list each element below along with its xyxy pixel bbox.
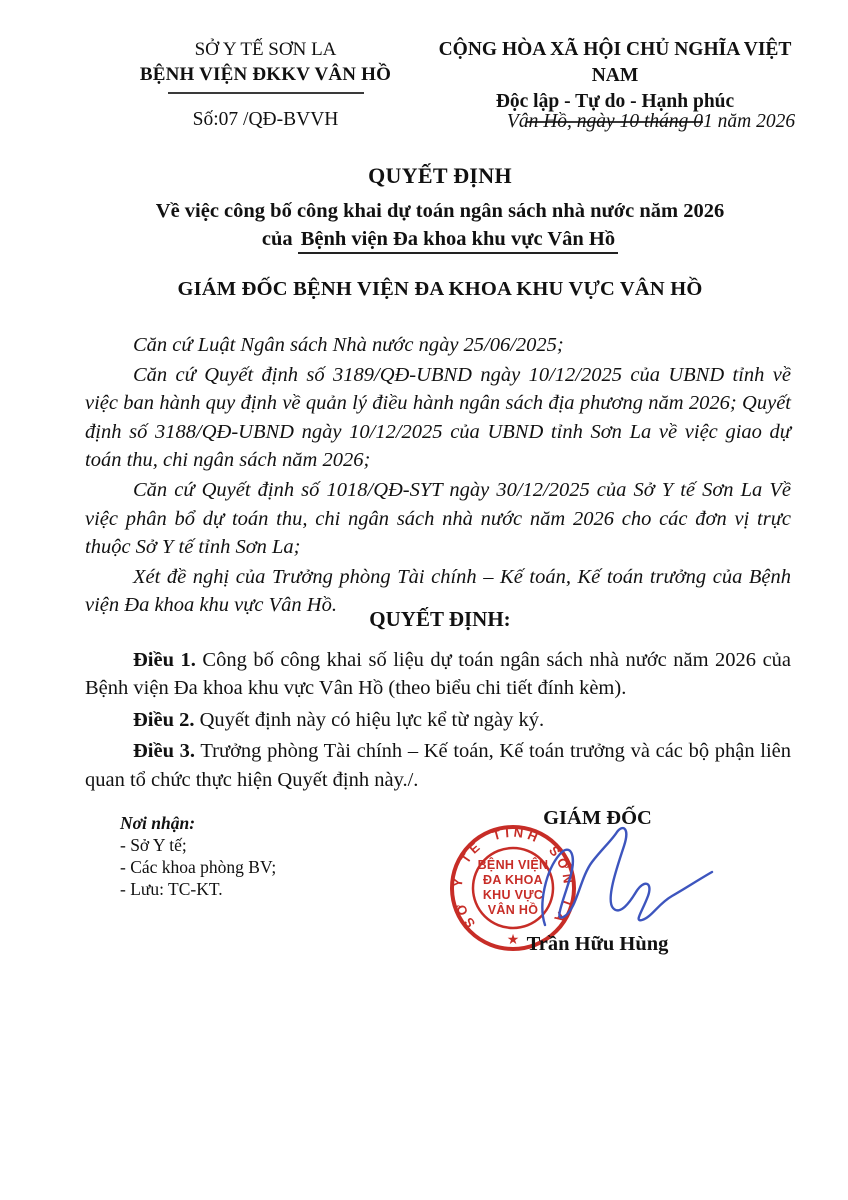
subject-line-2: của Bệnh viện Đa khoa khu vực Vân Hồ (85, 225, 795, 253)
article-1: Điều 1. Công bố công khai số liệu dự toá… (85, 646, 791, 703)
article-1-label: Điều 1. (133, 649, 196, 671)
articles-section: Điều 1. Công bố công khai số liệu dự toá… (85, 646, 791, 797)
document-number: Số:07 /QĐ-BVVH (118, 109, 413, 131)
signer-name: Trần Hữu Hùng (480, 933, 715, 956)
subject-line-2-prefix: của (262, 228, 298, 250)
article-2: Điều 2. Quyết định này có hiệu lực kể từ… (85, 706, 791, 734)
article-3: Điều 3. Trưởng phòng Tài chính – Kế toán… (85, 737, 791, 794)
decision-heading: QUYẾT ĐỊNH: (85, 607, 795, 632)
recipient-item: - Lưu: TC-KT. (120, 878, 276, 900)
issuing-org-block: SỞ Y TẾ SƠN LA BỆNH VIỆN ĐKKV VÂN HỒ (118, 37, 413, 94)
document-title: QUYẾT ĐỊNH (85, 163, 795, 189)
signer-position-title: GIÁM ĐỐC (495, 807, 700, 830)
article-2-text: Quyết định này có hiệu lực kể từ ngày ký… (195, 709, 545, 731)
article-3-label: Điều 3. (133, 740, 195, 762)
national-title: CỘNG HÒA XÃ HỘI CHỦ NGHĨA VIỆT NAM (428, 37, 802, 89)
recipient-item: - Sở Y tế; (120, 834, 276, 856)
recipients-heading: Nơi nhận: (120, 812, 276, 834)
subject-line-1: Về việc công bố công khai dự toán ngân s… (85, 197, 795, 225)
document-subject: Về việc công bố công khai dự toán ngân s… (85, 197, 795, 253)
document-page: SỞ Y TẾ SƠN LA BỆNH VIỆN ĐKKV VÂN HỒ Số:… (0, 0, 848, 1200)
org-underline (168, 92, 364, 94)
preamble-paragraph: Căn cứ Quyết định số 1018/QĐ-SYT ngày 30… (85, 476, 791, 562)
article-2-label: Điều 2. (133, 709, 195, 731)
place-date-line: Vân Hồ, ngày 10 tháng 01 năm 2026 (498, 111, 804, 133)
recipient-item: - Các khoa phòng BV; (120, 856, 276, 878)
preamble-paragraph: Căn cứ Luật Ngân sách Nhà nước ngày 25/0… (85, 331, 791, 360)
title-block: QUYẾT ĐỊNH Về việc công bố công khai dự … (85, 163, 795, 253)
recipients-block: Nơi nhận: - Sở Y tế; - Các khoa phòng BV… (120, 812, 276, 900)
issuing-authority-line: GIÁM ĐỐC BỆNH VIỆN ĐA KHOA KHU VỰC VÂN H… (85, 278, 795, 301)
preamble-section: Căn cứ Luật Ngân sách Nhà nước ngày 25/0… (85, 331, 791, 621)
org-name: BỆNH VIỆN ĐKKV VÂN HỒ (118, 62, 413, 87)
preamble-paragraph: Căn cứ Quyết định số 3189/QĐ-UBND ngày 1… (85, 361, 791, 475)
signature-ink-stroke (542, 828, 712, 925)
handwritten-signature (520, 822, 720, 944)
org-parent-name: SỞ Y TẾ SƠN LA (118, 37, 413, 62)
subject-line-2-underlined: Bệnh viện Đa khoa khu vực Vân Hồ (298, 228, 618, 254)
